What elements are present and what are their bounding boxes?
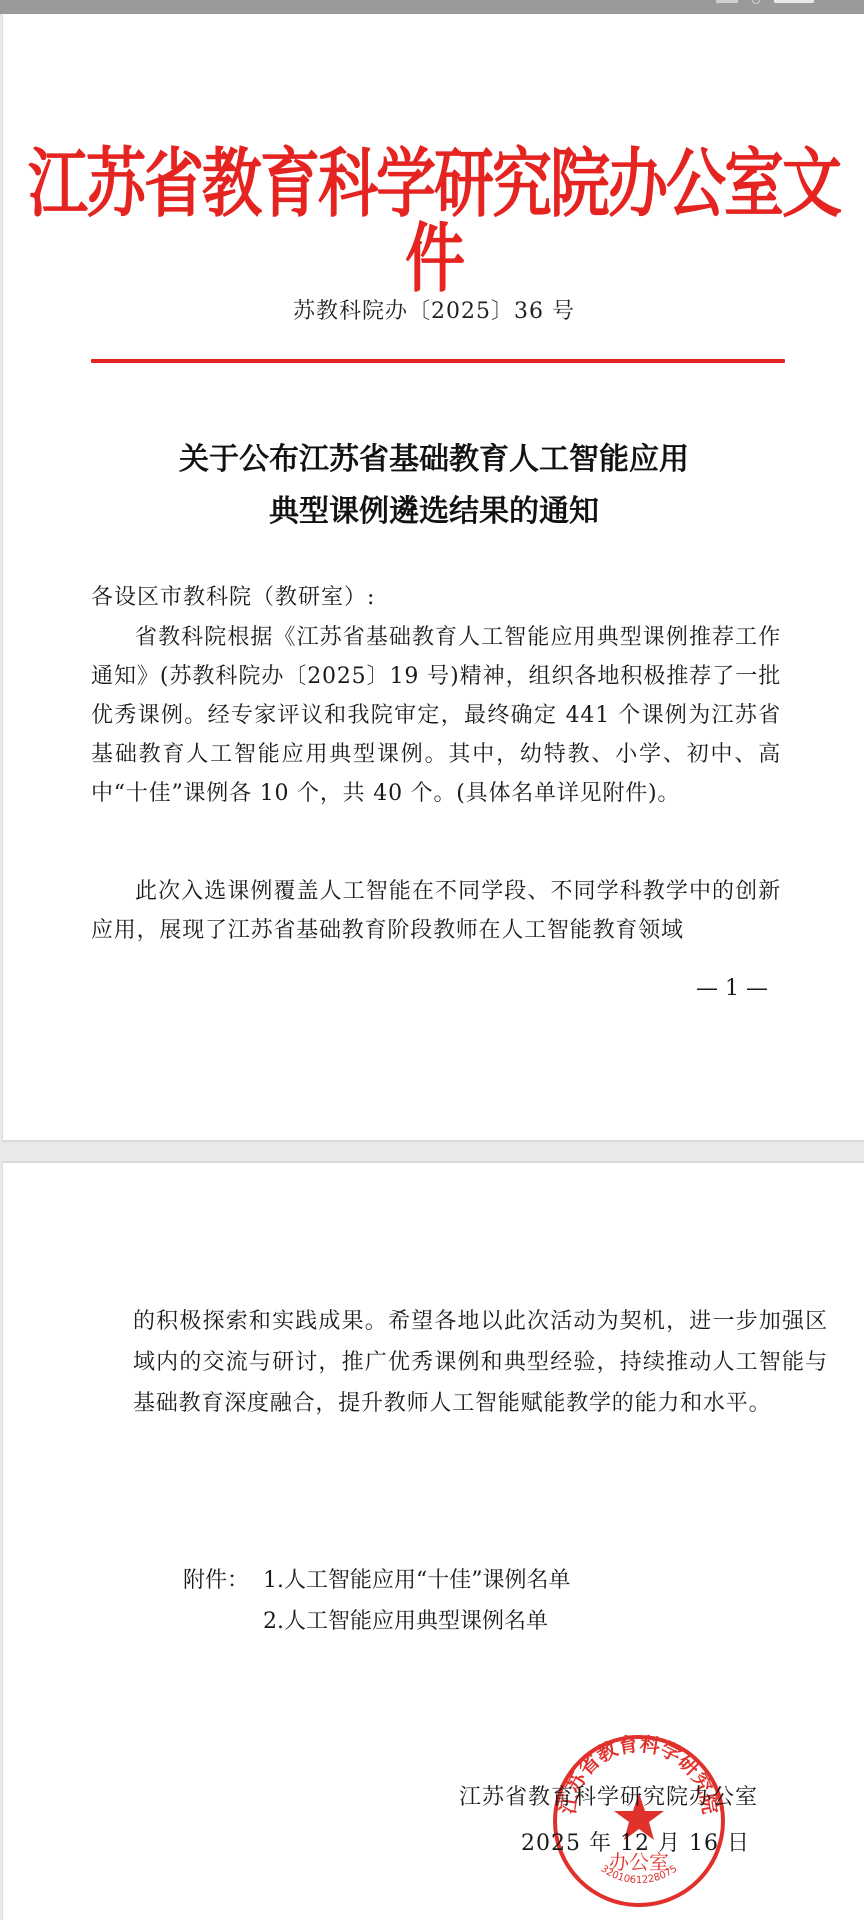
signature-block: 江苏省教育科学研究院办公室 2025 年 12 月 16 日 [459,1775,758,1867]
paragraph-1: 省教科院根据《江苏省基础教育人工智能应用典型课例推荐工作通知》(苏教科院办〔20… [91,618,781,813]
status-icons [716,0,814,4]
attachment-item: 1.人工智能应用“十佳”课例名单 [263,1560,571,1601]
attachments-label: 附件： [183,1560,263,1601]
document-title: 关于公布江苏省基础教育人工智能应用 典型课例遴选结果的通知 [3,434,864,538]
wifi-icon [752,0,760,4]
signature-org: 江苏省教育科学研究院办公室 [459,1775,758,1821]
battery-icon [774,0,814,3]
document-header: 江苏省教育科学研究院办公室文件 [3,147,864,297]
red-divider [91,359,785,363]
document-number: 苏教科院办〔2025〕36 号 [3,294,864,325]
document-page-1[interactable]: 江苏省教育科学研究院办公室文件 苏教科院办〔2025〕36 号 关于公布江苏省基… [2,14,864,1142]
page-number: — 1 — [696,976,768,1001]
signal-icon [716,0,738,3]
signature-date: 2025 年 12 月 16 日 [459,1821,758,1867]
title-line-1: 关于公布江苏省基础教育人工智能应用 [3,434,864,486]
paragraph-3: 的积极探索和实践成果。希望各地以此次活动为契机，进一步加强区域内的交流与研讨，推… [133,1301,828,1424]
title-line-2: 典型课例遴选结果的通知 [3,486,864,538]
salutation: 各设区市教科院（教研室）: [91,580,375,611]
document-page-2[interactable]: 的积极探索和实践成果。希望各地以此次活动为契机，进一步加强区域内的交流与研讨，推… [2,1161,864,1920]
attachments: 附件： 1.人工智能应用“十佳”课例名单 2.人工智能应用典型课例名单 [183,1560,571,1642]
status-bar [0,0,864,14]
attachment-item: 2.人工智能应用典型课例名单 [263,1601,548,1642]
paragraph-2: 此次入选课例覆盖人工智能在不同学段、不同学科教学中的创新应用，展现了江苏省基础教… [91,872,781,950]
